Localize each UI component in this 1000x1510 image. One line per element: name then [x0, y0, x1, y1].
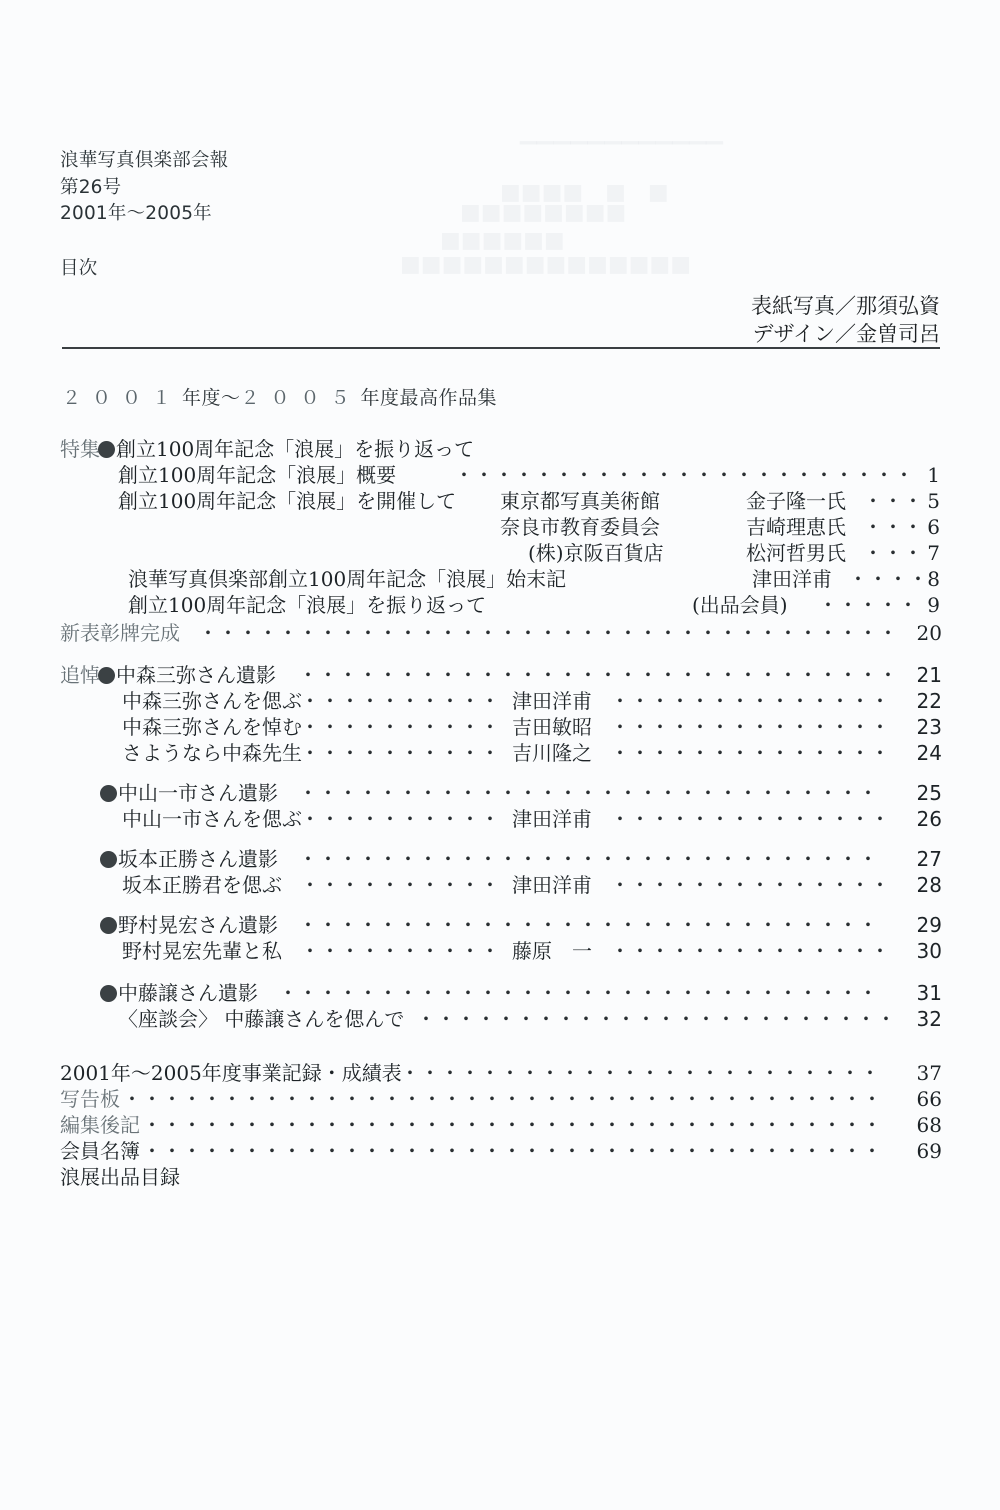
leader-dots: ・・・・・・・・・・・・・・	[610, 714, 900, 740]
leader-dots: ・・・・・・・・・・	[300, 872, 500, 898]
toc-entry[interactable]: さようなら中森先生 ・・・・・・・・・・ 吉川隆之 ・・・・・・・・・・・・・・…	[122, 740, 942, 766]
author: 松河哲男氏	[746, 540, 846, 566]
leader-dots: ・・・・・・・・・・	[300, 714, 500, 740]
leader-dots: ・・・・・・・・・・・・・・・・・・・・・・・・・・・・・	[298, 846, 898, 872]
leader-dots: ・・・・・・・・・・・・・・	[610, 688, 900, 714]
leader-dots: ・・・・・・・・・・・・・・・・・・・・・・・・	[400, 1060, 900, 1086]
leader-dots: ・・・・・・・・・・・・・・	[610, 806, 900, 832]
author: 藤原 一	[512, 938, 592, 964]
toc-entry[interactable]: 〈座談会〉 中藤譲さんを偲んで ・・・・・・・・・・・・・・・・・・・・・・・・…	[118, 1006, 942, 1032]
toc-memorial-portrait[interactable]: 追悼 中森三弥さん遺影 ・・・・・・・・・・・・・・・・・・・・・・・・・・・・…	[60, 662, 942, 688]
toc-heading: 目次	[60, 254, 97, 280]
author: 津田洋甫	[752, 566, 832, 592]
toc-memorial-portrait[interactable]: 坂本正勝さん遺影 ・・・・・・・・・・・・・・・・・・・・・・・・・・・・・ 2…	[100, 846, 942, 872]
author: 津田洋甫	[512, 688, 592, 714]
toc-entry[interactable]: (株)京阪百貨店 松河哲男氏 ・・・ 7	[118, 540, 940, 566]
toc-entry-member-list[interactable]: 会員名簿 ・・・・・・・・・・・・・・・・・・・・・・・・・・・・・・・・・・・…	[60, 1138, 942, 1164]
bullet-icon	[100, 851, 117, 868]
best-works-title: ２００１年度～２００５年度最高作品集	[62, 383, 497, 410]
author: 吉田敏昭	[512, 714, 592, 740]
toc-entry[interactable]: 中森三弥さんを悼む ・・・・・・・・・・ 吉田敏昭 ・・・・・・・・・・・・・・…	[122, 714, 942, 740]
toc-entry[interactable]: 創立100周年記念「浪展」概要 ・・・・・・・・・・・・・・・・・・・・・・・・…	[118, 462, 940, 488]
bullet-icon	[100, 985, 117, 1002]
toc-special-heading[interactable]: 特集 創立100周年記念「浪展」を振り返って	[60, 436, 940, 462]
author: (出品会員)	[692, 592, 788, 618]
leader-dots: ・・・・・・・・・・・・・・・・・・・・・・・・・・・・・・	[298, 662, 918, 688]
show-through-noise: ■■■■■■■■■■■■■■	[400, 252, 691, 277]
leader-dots: ・・・・・・・・・・・・・・	[610, 740, 900, 766]
leader-dots: ・・・・・・・・・・・・・・・・・・・・・・・・・・・・・	[298, 912, 898, 938]
organization: 東京都写真美術館	[500, 488, 660, 514]
leader-dots: ・・・・・・・・・・・・・・	[610, 872, 900, 898]
leader-dots: ・・・・・・・・・・	[300, 688, 500, 714]
leader-dots: ・・・・・・・・・・	[300, 806, 500, 832]
toc-entry-new-plaque[interactable]: 新表彰牌完成 ・・・・・・・・・・・・・・・・・・・・・・・・・・・・・・・・・…	[60, 620, 942, 646]
toc-entry[interactable]: 野村晃宏先輩と私 ・・・・・・・・・・ 藤原 一 ・・・・・・・・・・・・・・ …	[122, 938, 942, 964]
author: 金子隆一氏	[746, 488, 846, 514]
organization: 奈良市教育委員会	[500, 514, 660, 540]
toc-entry-exhibit-catalog[interactable]: 浪展出品目録	[60, 1164, 942, 1190]
toc-entry-records[interactable]: 2001年～2005年度事業記録・成績表 ・・・・・・・・・・・・・・・・・・・…	[60, 1060, 942, 1086]
leader-dots: ・・・・・・・・・・・・・・・・・・・・・・・・・・・・・・・・・・・	[198, 620, 918, 646]
leader-dots: ・・・・・・・・・・	[300, 740, 500, 766]
toc-entry-bulletin-board[interactable]: 写告板 ・・・・・・・・・・・・・・・・・・・・・・・・・・・・・・・・・・・・…	[60, 1086, 942, 1112]
leader-dots: ・・・・・・・・・・・・・・・・・・・・・・・・・・・・・・・・・・・・・	[142, 1138, 902, 1164]
toc-entry[interactable]: 創立100周年記念「浪展」を振り返って (出品会員) ・・・・・ 9	[118, 592, 940, 618]
toc-entry-editors-note[interactable]: 編集後記 ・・・・・・・・・・・・・・・・・・・・・・・・・・・・・・・・・・・…	[60, 1112, 942, 1138]
leader-dots: ・・・・・・・・・・・・・・・・・・・・・・・・・・・・・・・・・・・・・	[142, 1112, 902, 1138]
issue-number: 第26号	[60, 173, 121, 199]
leader-dots: ・・・・・・・・・・・・・・・・・・・・・・・・・・・・・・・・・・・・・・	[122, 1086, 902, 1112]
leader-dots: ・・・・・・・・・・・・・・	[610, 938, 900, 964]
toc-memorial-portrait[interactable]: 野村晃宏さん遺影 ・・・・・・・・・・・・・・・・・・・・・・・・・・・・・ 2…	[100, 912, 942, 938]
toc-entry[interactable]: 創立100周年記念「浪展」を開催して 東京都写真美術館 金子隆一氏 ・・・ 5	[118, 488, 940, 514]
bullet-icon	[98, 441, 115, 458]
leader-dots: ・・・・・・・・・・・・・・・・・・・・・・・・	[416, 1006, 916, 1032]
author: 津田洋甫	[512, 806, 592, 832]
toc-entry[interactable]: 坂本正勝君を偲ぶ ・・・・・・・・・・ 津田洋甫 ・・・・・・・・・・・・・・ …	[122, 872, 942, 898]
bullet-icon	[98, 667, 115, 684]
leader-dots: ・・・・・・・・・・・・・・・・・・・・・・・・	[454, 462, 906, 488]
toc-entry[interactable]: 奈良市教育委員会 吉崎理恵氏 ・・・ 6	[118, 514, 940, 540]
toc-memorial-portrait[interactable]: 中山一市さん遺影 ・・・・・・・・・・・・・・・・・・・・・・・・・・・・・ 2…	[100, 780, 942, 806]
leader-dots: ・・・・・・・・・・・・・・・・・・・・・・・・・・・・・・	[278, 980, 898, 1006]
publication-title: 浪華写真倶楽部会報	[60, 146, 228, 172]
author: 吉崎理恵氏	[746, 514, 846, 540]
author: 津田洋甫	[512, 872, 592, 898]
design-credit: デザイン／金曽司呂	[752, 318, 940, 348]
toc-memorial-portrait[interactable]: 中藤譲さん遺影 ・・・・・・・・・・・・・・・・・・・・・・・・・・・・・・ 3…	[100, 980, 942, 1006]
leader-dots: ・・・・・・・・・・	[300, 938, 500, 964]
cover-photo-credit: 表紙写真／那須弘資	[751, 290, 940, 320]
organization: (株)京阪百貨店	[528, 540, 664, 566]
author: 吉川隆之	[512, 740, 592, 766]
toc-entry[interactable]: 中森三弥さんを偲ぶ ・・・・・・・・・・ 津田洋甫 ・・・・・・・・・・・・・・…	[122, 688, 942, 714]
toc-entry[interactable]: 中山一市さんを偲ぶ ・・・・・・・・・・ 津田洋甫 ・・・・・・・・・・・・・・…	[122, 806, 942, 832]
show-through-noise: ■■■■■■	[440, 228, 565, 253]
bullet-icon	[100, 785, 117, 802]
show-through-noise: ▁▁▁▁▁▁▁▁▁▁▁▁	[520, 120, 723, 145]
toc-entry[interactable]: 浪華写真倶楽部創立100周年記念「浪展」始末記 津田洋甫 ・・・・ 8	[118, 566, 940, 592]
bullet-icon	[100, 917, 117, 934]
header-divider	[62, 347, 940, 349]
show-through-noise: ■■■■■■■■	[460, 200, 626, 225]
issue-period: 2001年～2005年	[60, 199, 212, 225]
leader-dots: ・・・・・・・・・・・・・・・・・・・・・・・・・・・・・	[298, 780, 898, 806]
